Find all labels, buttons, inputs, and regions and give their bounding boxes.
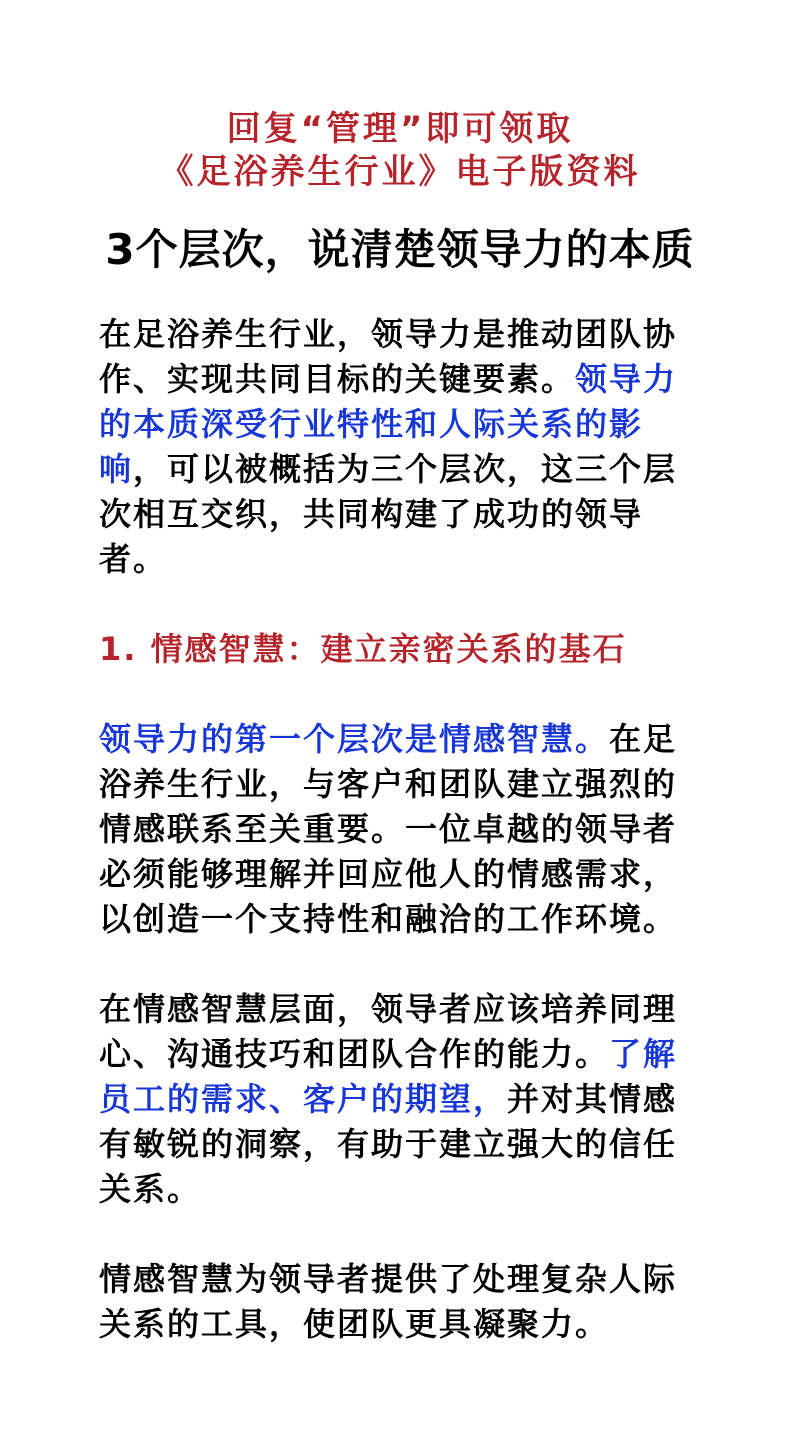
- article-body: 在足浴养生行业，领导力是推动团队协作、实现共同目标的关键要素。领导力的本质深受行…: [99, 312, 699, 1347]
- section-heading-1: 1. 情感智慧：建立亲密关系的基石: [99, 627, 699, 672]
- spacer: [99, 1212, 699, 1257]
- promo-banner: 回复“管理”即可领取 《足浴养生行业》电子版资料: [0, 108, 800, 194]
- section1-p2-text-1: 在情感智慧层面，领导者应该培养同理心、沟通技巧和团队合作的能力。: [99, 990, 677, 1073]
- section1-paragraph-3: 情感智慧为领导者提供了处理复杂人际关系的工具，使团队更具凝聚力。: [99, 1257, 699, 1347]
- section1-paragraph-2: 在情感智慧层面，领导者应该培养同理心、沟通技巧和团队合作的能力。了解员工的需求、…: [99, 987, 699, 1212]
- intro-text-2: ，可以被概括为三个层次，这三个层次相互交织，共同构建了成功的领导者。: [99, 450, 677, 578]
- section1-paragraph-1: 领导力的第一个层次是情感智慧。在足浴养生行业，与客户和团队建立强烈的情感联系至关…: [99, 717, 699, 942]
- promo-line-1: 回复“管理”即可领取: [0, 108, 800, 151]
- spacer: [99, 942, 699, 987]
- section1-p1-highlight: 领导力的第一个层次是情感智慧。: [99, 720, 609, 758]
- promo-line-2: 《足浴养生行业》电子版资料: [0, 151, 800, 194]
- spacer: [99, 582, 699, 627]
- spacer: [99, 672, 699, 717]
- article-title: 3个层次，说清楚领导力的本质: [0, 222, 800, 278]
- intro-paragraph: 在足浴养生行业，领导力是推动团队协作、实现共同目标的关键要素。领导力的本质深受行…: [99, 312, 699, 582]
